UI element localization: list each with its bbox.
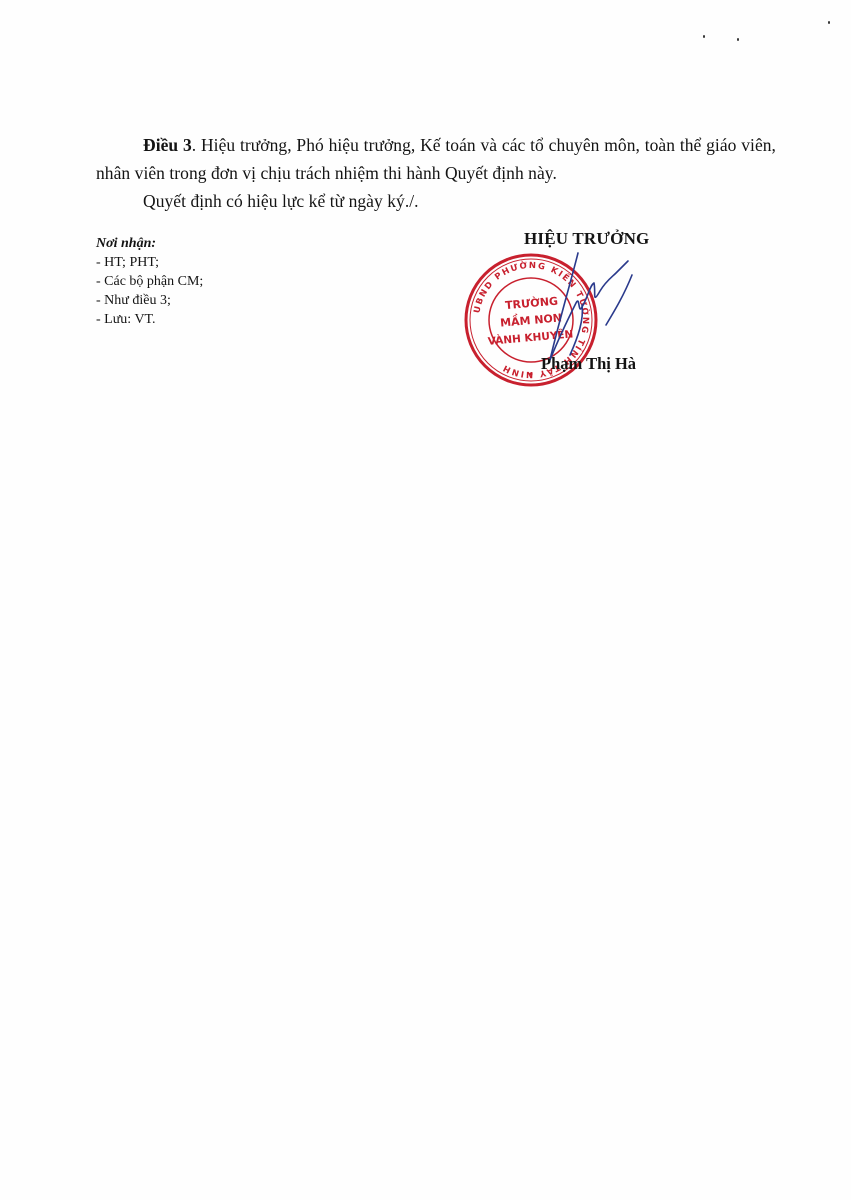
article-3-label: Điều 3: [143, 135, 192, 155]
recipient-item: - HT; PHT;: [96, 253, 203, 272]
recipient-item: - Các bộ phận CM;: [96, 272, 203, 291]
article-3-paragraph: Điều 3. Hiệu trưởng, Phó hiệu trưởng, Kế…: [96, 131, 776, 187]
article-3-text: . Hiệu trưởng, Phó hiệu trưởng, Kế toán …: [96, 135, 776, 183]
scan-speck: [703, 35, 705, 38]
document-page: Điều 3. Hiệu trưởng, Phó hiệu trưởng, Kế…: [0, 0, 851, 1200]
recipient-item: - Lưu: VT.: [96, 310, 203, 329]
scan-speck: [737, 38, 739, 41]
recipients-title: Nơi nhận:: [96, 234, 203, 253]
signature-icon: [520, 245, 660, 370]
scan-speck: [828, 21, 830, 24]
signer-name: Phạm Thị Hà: [541, 354, 636, 374]
effective-date-statement: Quyết định có hiệu lực kể từ ngày ký./.: [143, 187, 419, 215]
recipient-item: - Như điều 3;: [96, 291, 203, 310]
recipients-block: Nơi nhận: - HT; PHT; - Các bộ phận CM; -…: [96, 234, 203, 329]
